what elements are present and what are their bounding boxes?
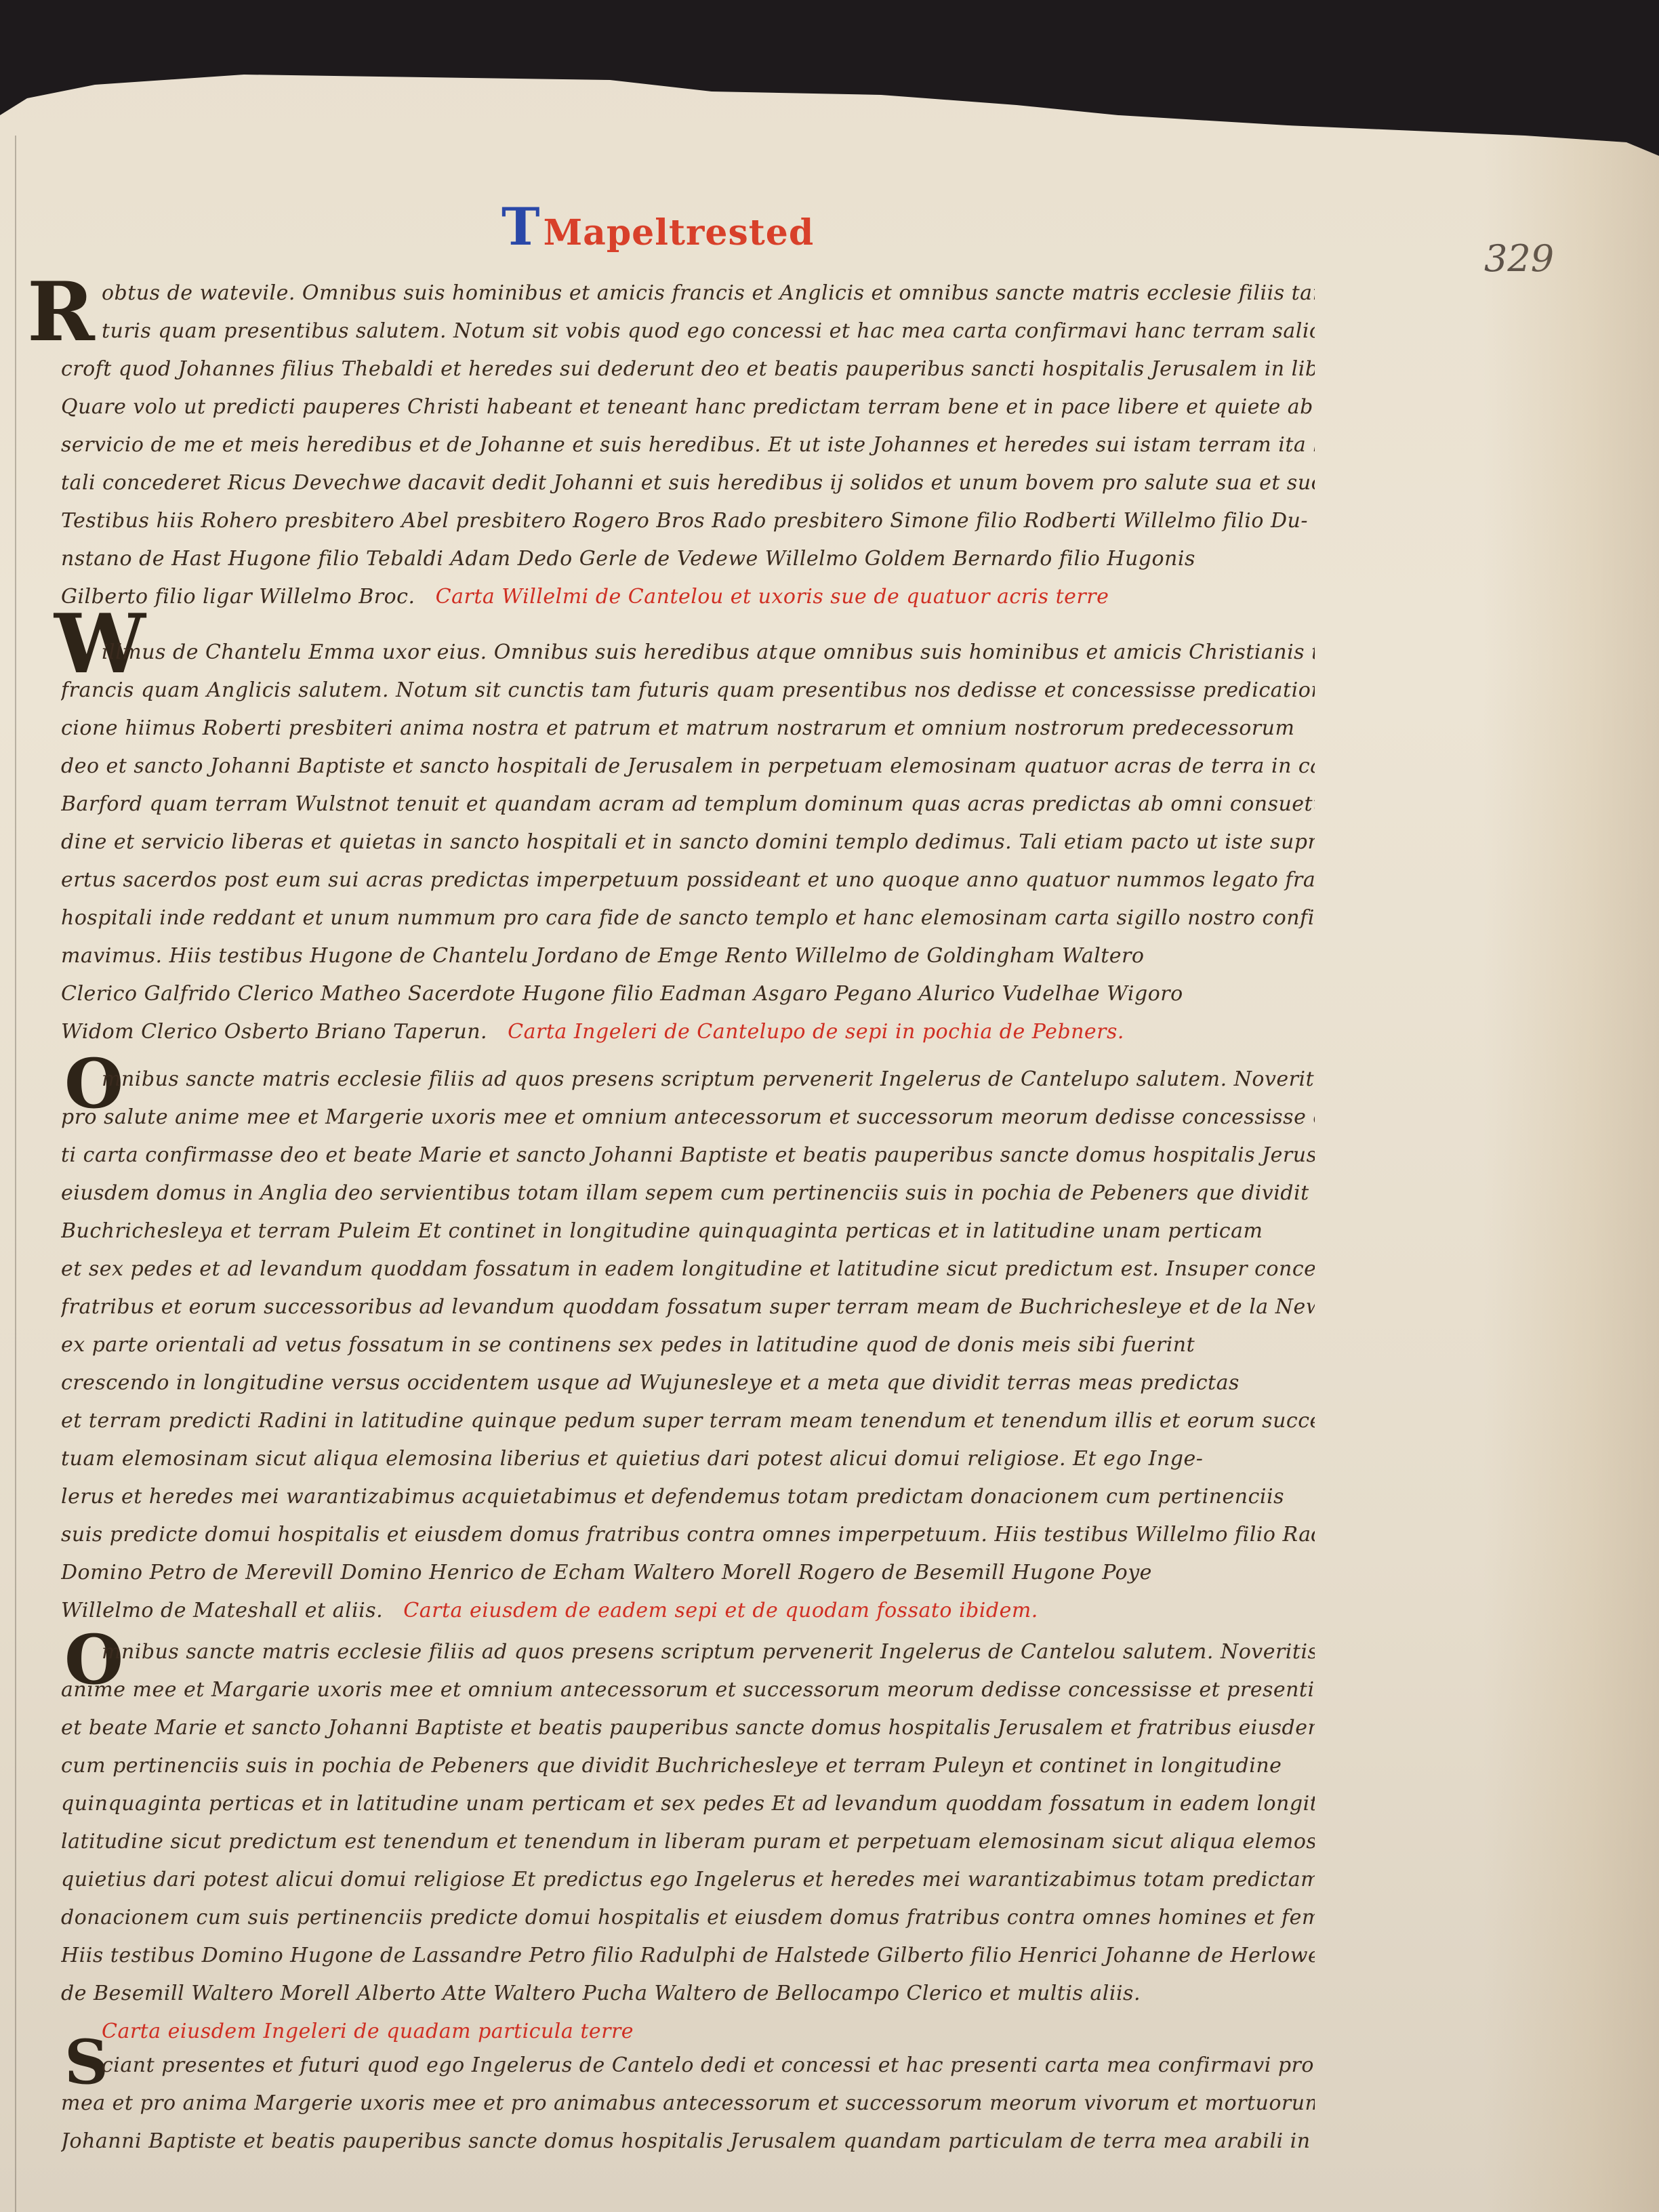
text-line: tuam elemosinam sicut aliqua elemosina l… xyxy=(61,1440,1315,1478)
text-line: pro salute anime mee et Margerie uxoris … xyxy=(61,1099,1315,1136)
text-line: mnibus sancte matris ecclesie filiis ad … xyxy=(61,1633,1315,1671)
text-fragment: Willelmo de Mateshall et aliis. xyxy=(61,1599,383,1622)
text-line: turis quam presentibus salutem. Notum si… xyxy=(61,312,1315,350)
text-line: dine et servicio liberas et quietas in s… xyxy=(61,823,1315,861)
text-line: et sex pedes et ad levandum quoddam foss… xyxy=(61,1250,1315,1288)
text-line: Widom Clerico Osberto Briano Taperun. Ca… xyxy=(61,1013,1315,1051)
rubric: Carta Willelmi de Cantelou et uxoris sue… xyxy=(436,585,1109,609)
rubric: Carta eiusdem Ingeleri de quadam particu… xyxy=(61,2013,1315,2051)
charter-5: ciant presentes et futuri quod ego Ingel… xyxy=(61,2047,1315,2160)
text-line: latitudine sicut predictum est tenendum … xyxy=(61,1823,1315,1861)
heading-initial: T xyxy=(501,197,541,257)
text-line: ti carta confirmasse deo et beate Marie … xyxy=(61,1136,1315,1174)
text-line: cione hiimus Roberti presbiteri anima no… xyxy=(61,710,1315,747)
charter-3: mnibus sancte matris ecclesie filiis ad … xyxy=(61,1061,1315,1630)
text-line: Domino Petro de Merevill Domino Henrico … xyxy=(61,1554,1315,1592)
gutter-edge xyxy=(15,136,16,2212)
text-line: deo et sancto Johanni Baptiste et sancto… xyxy=(61,747,1315,785)
text-line: ertus sacerdos post eum sui acras predic… xyxy=(61,861,1315,899)
text-line: Willelmo de Mateshall et aliis. Carta ei… xyxy=(61,1592,1315,1630)
text-line: anime mee et Margarie uxoris mee et omni… xyxy=(61,1671,1315,1709)
charter-1: obtus de watevile. Omnibus suis hominibu… xyxy=(61,274,1315,616)
text-line: Testibus hiis Rohero presbitero Abel pre… xyxy=(61,502,1315,540)
text-line: Barford quam terram Wulstnot tenuit et q… xyxy=(61,785,1315,823)
text-line: suis predicte domui hospitalis et eiusde… xyxy=(61,1516,1315,1554)
text-line: mea et pro anima Margerie uxoris mee et … xyxy=(61,2085,1315,2123)
text-line: Buchrichesleya et terram Puleim Et conti… xyxy=(61,1212,1315,1250)
charter-4: mnibus sancte matris ecclesie filiis ad … xyxy=(61,1633,1315,2051)
text-line: tali concederet Ricus Devechwe dacavit d… xyxy=(61,464,1315,502)
heading-text: Mapeltrested xyxy=(544,212,815,253)
text-line: croft quod Johannes filius Thebaldi et h… xyxy=(61,350,1315,388)
text-line: francis quam Anglicis salutem. Notum sit… xyxy=(61,672,1315,710)
rubric: Carta Ingeleri de Cantelupo de sepi in p… xyxy=(508,1020,1124,1044)
text-fragment: Widom Clerico Osberto Briano Taperun. xyxy=(61,1020,487,1044)
text-line: Quare volo ut predicti pauperes Christi … xyxy=(61,388,1315,426)
text-line: nstano de Hast Hugone filio Tebaldi Adam… xyxy=(61,540,1315,578)
text-line: Gilberto filio ligar Willelmo Broc. Cart… xyxy=(61,578,1315,616)
text-line: crescendo in longitudine versus occident… xyxy=(61,1364,1315,1402)
text-line: et terram predicti Radini in latitudine … xyxy=(61,1402,1315,1440)
text-line: mnibus sancte matris ecclesie filiis ad … xyxy=(61,1061,1315,1099)
text-line: mavimus. Hiis testibus Hugone de Chantel… xyxy=(61,937,1315,975)
text-line: et beate Marie et sancto Johanni Baptist… xyxy=(61,1709,1315,1747)
text-line: eiusdem domus in Anglia deo servientibus… xyxy=(61,1174,1315,1212)
text-line: ciant presentes et futuri quod ego Ingel… xyxy=(61,2047,1315,2085)
text-line: lerus et heredes mei warantizabimus acqu… xyxy=(61,1478,1315,1516)
text-line: hospitali inde reddant et unum nummum pr… xyxy=(61,899,1315,937)
text-line: Johanni Baptiste et beatis pauperibus sa… xyxy=(61,2123,1315,2160)
text-line: servicio de me et meis heredibus et de J… xyxy=(61,426,1315,464)
manuscript-page: TMapeltrested 329 R obtus de watevile. O… xyxy=(0,0,1659,2212)
page-heading: TMapeltrested xyxy=(501,197,814,257)
text-line: quinquaginta perticas et in latitudine u… xyxy=(61,1785,1315,1823)
text-line: cum pertinenciis suis in pochia de Peben… xyxy=(61,1747,1315,1785)
text-line: donacionem cum suis pertinenciis predict… xyxy=(61,1899,1315,1937)
text-line: illmus de Chantelu Emma uxor eius. Omnib… xyxy=(61,634,1315,672)
text-line: quietius dari potest alicui domui religi… xyxy=(61,1861,1315,1899)
text-line: fratribus et eorum successoribus ad leva… xyxy=(61,1288,1315,1326)
folio-number: 329 xyxy=(1484,237,1554,280)
text-line: de Besemill Waltero Morell Alberto Atte … xyxy=(61,1975,1315,2013)
charter-2: illmus de Chantelu Emma uxor eius. Omnib… xyxy=(61,634,1315,1051)
text-line: obtus de watevile. Omnibus suis hominibu… xyxy=(61,274,1315,312)
rubric: Carta eiusdem de eadem sepi et de quodam… xyxy=(403,1599,1038,1622)
text-line: Hiis testibus Domino Hugone de Lassandre… xyxy=(61,1937,1315,1975)
text-line: ex parte orientali ad vetus fossatum in … xyxy=(61,1326,1315,1364)
text-line: Clerico Galfrido Clerico Matheo Sacerdot… xyxy=(61,975,1315,1013)
